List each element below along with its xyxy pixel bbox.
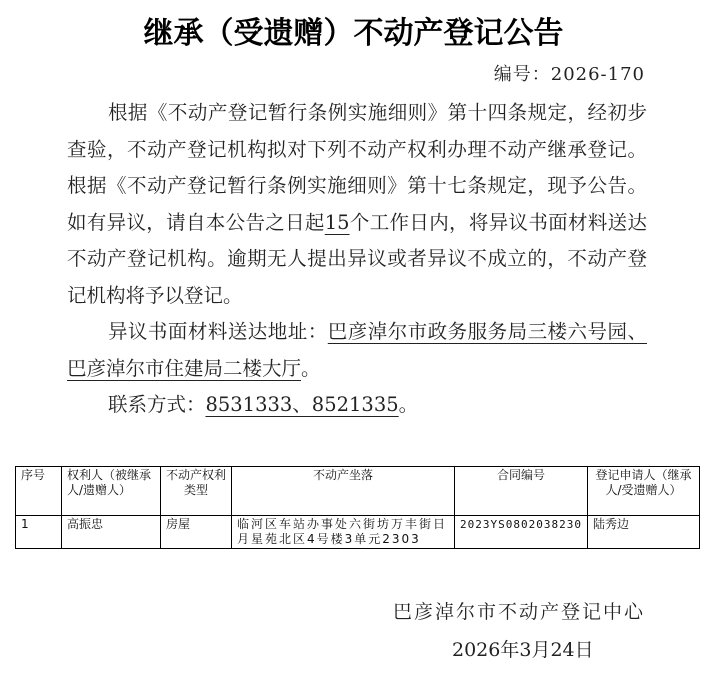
objection-days: 15 <box>325 211 350 234</box>
address-period: 。 <box>301 357 321 380</box>
issuing-organization: 巴彦淖尔市不动产登记中心 <box>393 598 645 626</box>
paragraph-address: 异议书面材料送达地址：巴彦淖尔市政务服务局三楼六号园、巴彦淖尔市住建局二楼大厅。 <box>67 314 647 387</box>
contact-phones: 8531333、8521335 <box>205 393 398 416</box>
paragraph-legal-basis: 根据《不动产登记暂行条例实施细则》第十四条规定，经初步查验，不动产登记机构拟对下… <box>67 95 647 314</box>
header-contract-no: 合同编号 <box>455 467 588 516</box>
cell-applicant: 陆秀边 <box>587 516 699 549</box>
header-applicant: 登记申请人（继承人/受遗赠人） <box>587 467 699 516</box>
header-owner: 权利人（被继承人/遗赠人） <box>62 467 161 516</box>
issue-date: 2026年3月24日 <box>452 636 594 664</box>
table-row: 1 高振忠 房屋 临河区车站办事处六街坊万丰街日月星苑北区4号楼3单元2303 … <box>16 516 700 549</box>
header-right-type: 不动产权利类型 <box>161 467 232 516</box>
registration-table: 序号 权利人（被继承人/遗赠人） 不动产权利类型 不动产坐落 合同编号 登记申请… <box>15 466 700 549</box>
contact-period: 。 <box>399 393 419 416</box>
document-number: 编号：2026-170 <box>494 62 645 88</box>
address-label: 异议书面材料送达地址： <box>108 320 328 343</box>
notice-title: 继承（受遗赠）不动产登记公告 <box>0 14 707 54</box>
cell-contract-no: 2023YS0802038230 <box>455 516 588 549</box>
cell-location: 临河区车站办事处六街坊万丰街日月星苑北区4号楼3单元2303 <box>232 516 455 549</box>
cell-right-type: 房屋 <box>161 516 232 549</box>
contact-label: 联系方式： <box>108 393 206 416</box>
cell-index: 1 <box>16 516 62 549</box>
header-location: 不动产坐落 <box>232 467 455 516</box>
cell-owner: 高振忠 <box>62 516 161 549</box>
notice-body: 根据《不动产登记暂行条例实施细则》第十四条规定，经初步查验，不动产登记机构拟对下… <box>67 95 647 424</box>
paragraph-contact: 联系方式：8531333、8521335。 <box>67 387 647 424</box>
header-index: 序号 <box>16 467 62 516</box>
table-header-row: 序号 权利人（被继承人/遗赠人） 不动产权利类型 不动产坐落 合同编号 登记申请… <box>16 467 700 516</box>
